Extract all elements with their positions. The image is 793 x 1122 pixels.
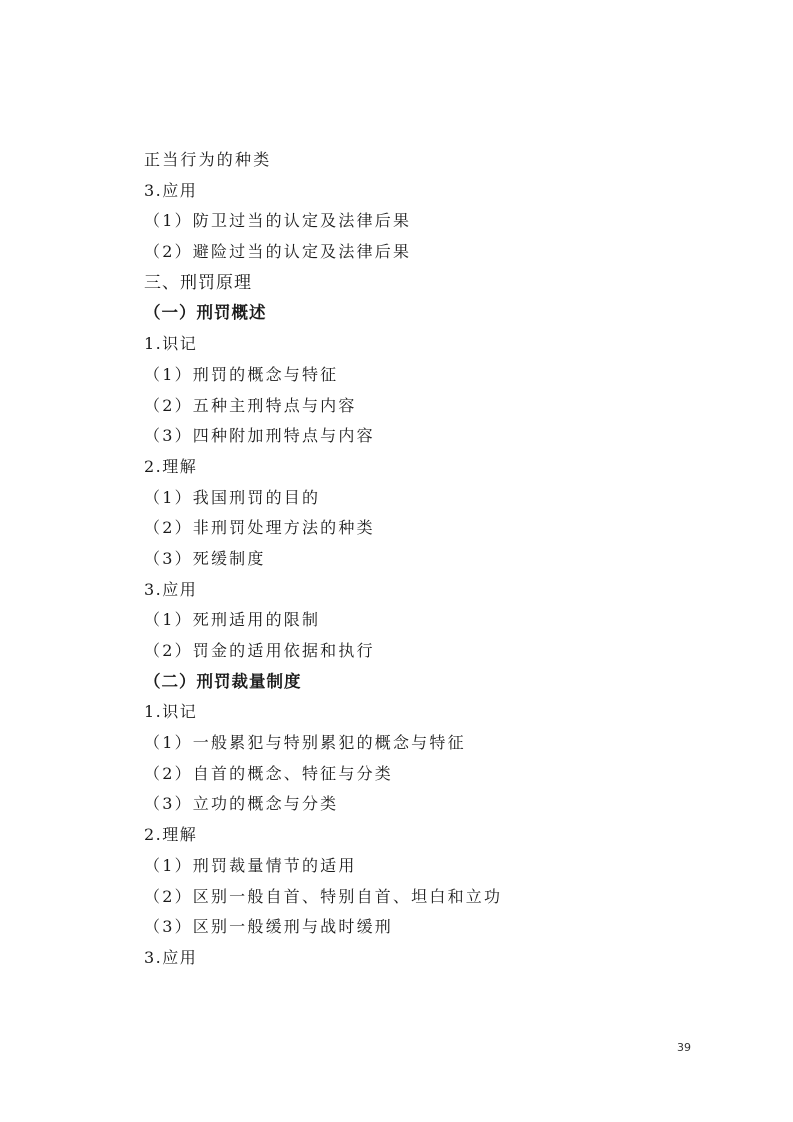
list-item: （1）我国刑罚的目的 xyxy=(144,483,502,514)
list-item: （3）立功的概念与分类 xyxy=(144,789,502,820)
section-heading: （一）刑罚概述 xyxy=(144,298,502,329)
list-item: （2）五种主刑特点与内容 xyxy=(144,391,502,422)
list-item: （1）刑罚的概念与特征 xyxy=(144,360,502,391)
section-label: 3.应用 xyxy=(144,575,502,606)
section-label: 1.识记 xyxy=(144,697,502,728)
list-item: （2）罚金的适用依据和执行 xyxy=(144,636,502,667)
list-item: （3）区别一般缓刑与战时缓刑 xyxy=(144,912,502,943)
list-item: （2）避险过当的认定及法律后果 xyxy=(144,237,502,268)
section-label: 3.应用 xyxy=(144,176,502,207)
list-item: （2）区别一般自首、特别自首、坦白和立功 xyxy=(144,882,502,913)
page-number: 39 xyxy=(677,1041,691,1054)
list-item: （1）一般累犯与特别累犯的概念与特征 xyxy=(144,728,502,759)
list-item: （1）防卫过当的认定及法律后果 xyxy=(144,206,502,237)
list-item: （1）刑罚裁量情节的适用 xyxy=(144,851,502,882)
section-label: 1.识记 xyxy=(144,329,502,360)
text-line: 正当行为的种类 xyxy=(144,145,502,176)
list-item: （2）自首的概念、特征与分类 xyxy=(144,759,502,790)
section-heading: （二）刑罚裁量制度 xyxy=(144,667,502,698)
section-label: 2.理解 xyxy=(144,820,502,851)
chapter-heading: 三、刑罚原理 xyxy=(144,268,502,299)
list-item: （3）死缓制度 xyxy=(144,544,502,575)
document-page: 正当行为的种类 3.应用 （1）防卫过当的认定及法律后果 （2）避险过当的认定及… xyxy=(0,0,793,1122)
list-item: （2）非刑罚处理方法的种类 xyxy=(144,513,502,544)
document-body: 正当行为的种类 3.应用 （1）防卫过当的认定及法律后果 （2）避险过当的认定及… xyxy=(144,145,502,974)
list-item: （3）四种附加刑特点与内容 xyxy=(144,421,502,452)
list-item: （1）死刑适用的限制 xyxy=(144,605,502,636)
section-label: 3.应用 xyxy=(144,943,502,974)
section-label: 2.理解 xyxy=(144,452,502,483)
